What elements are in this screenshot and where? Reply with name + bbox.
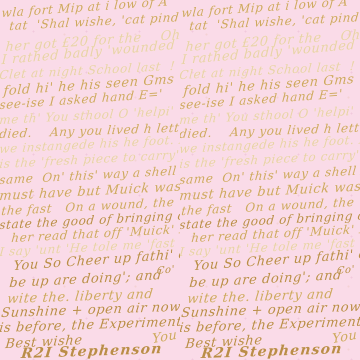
handwriting-tile: wla fort Mip at i low of Atat 'Shal wish… xyxy=(0,0,180,360)
decorative-paper-background: wla fort Mip at i low of Atat 'Shal wish… xyxy=(0,0,360,360)
handwriting-tile: wla fort Mip at i low of Atat 'Shal wish… xyxy=(180,0,360,360)
